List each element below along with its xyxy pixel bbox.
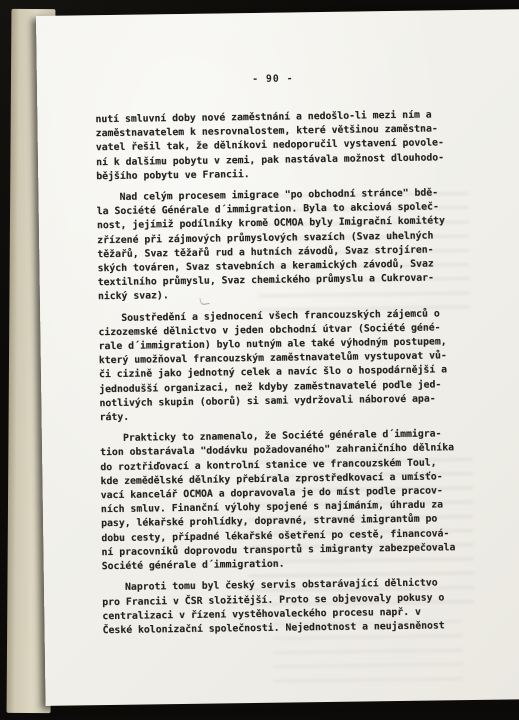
paragraph: Naproti tomu byl český servis obstarávaj… (102, 576, 463, 638)
paragraph: Prakticky to znamenalo, že Société génér… (100, 427, 462, 574)
page-number: - 90 - (95, 71, 451, 87)
typewritten-text-block: nutí smluvní doby nové zaměstnání a nedo… (95, 108, 462, 638)
paragraph: nutí smluvní doby nové zaměstnání a nedo… (95, 108, 456, 184)
paragraph: Nad celým procesem imigrace "po obchodní… (96, 186, 458, 305)
paragraph: Soustředění a sjednocení všech francouzs… (98, 307, 460, 426)
pencil-annotation-mark (200, 297, 210, 305)
scanned-page-background: - 90 - nutí smluvní doby nové zaměstnání… (0, 0, 519, 720)
paper-page: - 90 - nutí smluvní doby nové zaměstnání… (36, 9, 519, 706)
